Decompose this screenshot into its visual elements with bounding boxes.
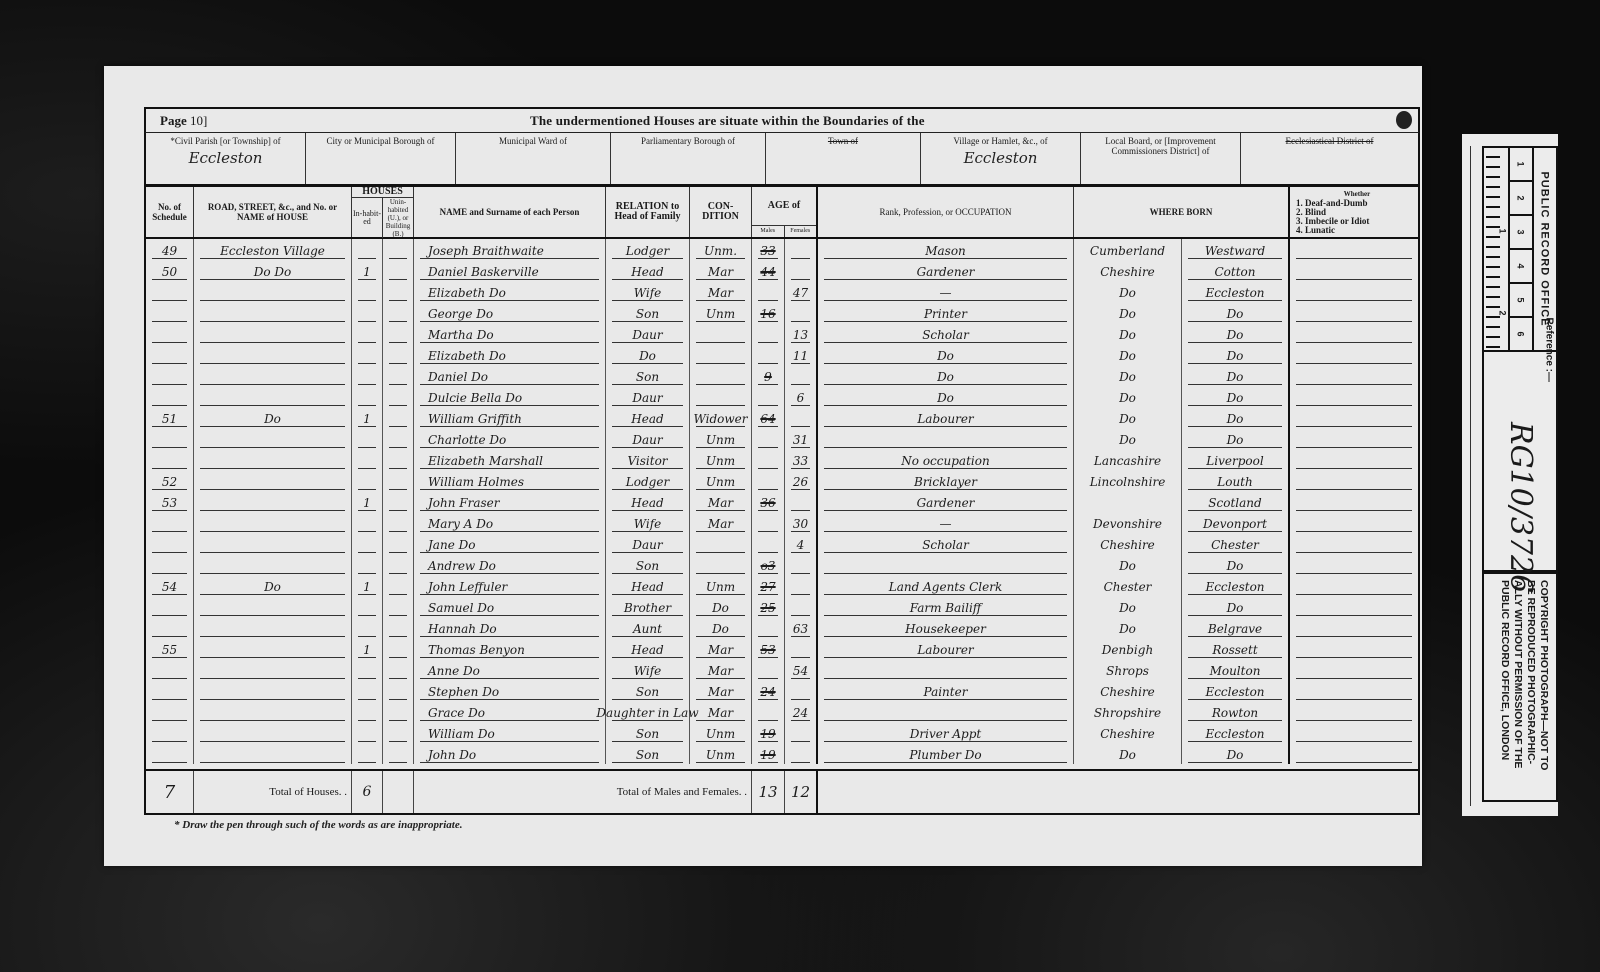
table-row: Daniel DoSon9DoDoDo [146,365,1418,386]
relation-cell: Daur [606,323,690,344]
name-text: John Fraser [428,496,500,510]
road-cell [194,596,352,617]
totals-row: 7 Total of Houses. . 6 Total of Males an… [144,769,1420,815]
male-age-cell: 53 [752,638,785,659]
occupation-cell: Housekeeper [818,617,1074,638]
born-place-cell: Chester [1182,533,1290,554]
boundary-local-board: Local Board, or [Improvement Commissione… [1081,133,1241,184]
female-age-cell: 63 [785,617,818,638]
born-place-cell: Do [1182,365,1290,386]
born-place-text: Eccleston [1205,286,1264,300]
road-cell [194,743,352,764]
schedule-cell [146,365,194,386]
inhabited-cell [352,680,383,701]
road-cell [194,428,352,449]
condition-text: Unm [706,475,735,489]
born-place-text: Rossett [1212,643,1257,657]
male-age-text: 64 [760,412,775,426]
male-age-cell [752,512,785,533]
inhabited-cell [352,554,383,575]
born-county-cell: Do [1074,365,1182,386]
infirmity-cell [1290,428,1418,449]
male-age-cell: 27 [752,575,785,596]
table-row: 531John FraserHeadMar36GardenerScotland [146,491,1418,512]
condition-cell: Unm [690,302,752,323]
table-row: Dulcie Bella DoDaur6DoDoDo [146,386,1418,407]
schedule-cell: 55 [146,638,194,659]
born-place-text: Westward [1205,244,1265,258]
infirmity-cell [1290,386,1418,407]
born-place-text: Do [1227,601,1244,615]
occupation-cell: Plumber Do [818,743,1074,764]
born-place-cell: Do [1182,554,1290,575]
name-cell: Elizabeth Do [414,344,606,365]
total-persons-label-cell: Total of Males and Females. . [414,771,752,813]
male-age-text: 44 [760,265,775,279]
female-age-cell [785,239,818,260]
infirmity-cell [1290,617,1418,638]
inhabited-cell [352,743,383,764]
header-uninhabited: Unin-habited (U.), or Building (B.) [383,198,413,238]
road-cell [194,470,352,491]
occupation-text: Do [937,349,954,363]
name-cell: Elizabeth Do [414,281,606,302]
born-county-cell: Do [1074,596,1182,617]
relation-cell: Brother [606,596,690,617]
female-age-text: 63 [793,622,808,636]
boundary-village: Village or Hamlet, &c., of Eccleston [921,133,1081,184]
born-place-cell: Eccleston [1182,722,1290,743]
relation-cell: Daur [606,533,690,554]
condition-cell: Unm [690,743,752,764]
relation-cell: Son [606,722,690,743]
infirmity-cell [1290,596,1418,617]
strip-edge-line [1470,146,1471,806]
schedule-cell [146,386,194,407]
born-county-text: Do [1119,349,1136,363]
occupation-text: Land Agents Clerk [889,580,1002,594]
header-condition-label: CON-DITION [690,202,751,222]
uninhabited-cell [383,575,414,596]
male-age-cell [752,617,785,638]
relation-text: Visitor [627,454,667,468]
born-place-text: Belgrave [1208,622,1262,636]
male-age-text: 16 [760,307,775,321]
born-county-cell: Cumberland [1074,239,1182,260]
name-cell: Joseph Braithwaite [414,239,606,260]
condition-text: Unm [706,454,735,468]
female-age-cell: 31 [785,428,818,449]
name-text: Hannah Do [428,622,497,636]
table-row: William DoSonUnm19Driver ApptCheshireEcc… [146,722,1418,743]
ruler-box: 5 [1510,284,1532,318]
boundaries-row: *Civil Parish [or Township] of Eccleston… [144,133,1420,187]
relation-cell: Wife [606,659,690,680]
relation-text: Head [631,643,663,657]
born-place-text: Eccleston [1205,685,1264,699]
table-row: Hannah DoAuntDo63HousekeeperDoBelgrave [146,617,1418,638]
relation-text: Daur [632,328,662,342]
male-age-cell [752,659,785,680]
relation-text: Son [636,559,659,573]
copyright-line: COPYRIGHT PHOTOGRAPH—NOT TO [1537,580,1550,770]
born-place-text: Moulton [1210,664,1261,678]
inhabited-cell [352,617,383,638]
female-age-cell [785,743,818,764]
schedule-cell [146,512,194,533]
relation-text: Son [636,727,659,741]
table-row: Andrew DoSono3DoDo [146,554,1418,575]
inhabited-cell [352,365,383,386]
name-text: John Leffuler [428,580,507,594]
female-age-cell [785,365,818,386]
relation-cell: Head [606,260,690,281]
table-row: 50Do Do1Daniel BaskervilleHeadMar44Garde… [146,260,1418,281]
occupation-text: Plumber Do [909,748,981,762]
boundary-label: Parliamentary Borough of [611,136,765,146]
relation-text: Head [631,412,663,426]
infirmity-cell [1290,491,1418,512]
name-text: Jane Do [428,538,475,552]
condition-cell [690,323,752,344]
uninhabited-cell [383,554,414,575]
inhabited-cell: 1 [352,260,383,281]
born-county-text: Do [1119,622,1136,636]
inhabited-cell [352,386,383,407]
column-headers: No. of Schedule ROAD, STREET, &c., and N… [144,187,1420,239]
schedule-cell [146,302,194,323]
male-age-cell [752,386,785,407]
male-age-cell [752,470,785,491]
table-row: John DoSonUnm19Plumber DoDoDo [146,743,1418,764]
inhabited-cell [352,302,383,323]
born-county-text: Devonshire [1093,517,1162,531]
name-cell: Daniel Baskerville [414,260,606,281]
total-males: 13 [752,771,785,813]
male-age-cell: 19 [752,722,785,743]
female-age-cell [785,491,818,512]
relation-text: Daur [632,391,662,405]
born-county-cell: Do [1074,302,1182,323]
schedule-cell: 53 [146,491,194,512]
road-cell [194,638,352,659]
occupation-text: Bricklayer [914,475,977,489]
header-relation: RELATION to Head of Family [606,187,690,237]
name-text: John Do [428,748,476,762]
uninhabited-cell [383,722,414,743]
relation-cell: Son [606,680,690,701]
name-cell: William Do [414,722,606,743]
inhabited-cell [352,449,383,470]
name-cell: Anne Do [414,659,606,680]
relation-text: Son [636,685,659,699]
condition-cell [690,386,752,407]
uninhabited-cell [383,701,414,722]
uninhabited-cell [383,491,414,512]
relation-text: Wife [634,286,662,300]
relation-text: Brother [624,601,671,615]
inhabited-cell [352,512,383,533]
female-age-cell: 11 [785,344,818,365]
condition-text: Mar [708,706,733,720]
ruler-box-label: 1 [1516,161,1526,166]
occupation-text: Mason [925,244,966,258]
male-age-text: o3 [761,559,776,573]
born-county-cell: Do [1074,281,1182,302]
uninhabited-cell [383,617,414,638]
name-text: Martha Do [428,328,494,342]
schedule-text: 53 [162,496,177,510]
born-county-text: Denbigh [1102,643,1153,657]
schedule-cell [146,344,194,365]
boundary-parliamentary-borough: Parliamentary Borough of [611,133,766,184]
ruler-box-label: 3 [1516,229,1526,234]
born-county-text: Lancashire [1094,454,1161,468]
male-age-cell: 24 [752,680,785,701]
female-age-cell [785,554,818,575]
table-row: Elizabeth DoWifeMar47—DoEccleston [146,281,1418,302]
table-row: George DoSonUnm16PrinterDoDo [146,302,1418,323]
name-text: William Griffith [428,412,522,426]
uninhabited-cell [383,386,414,407]
total-females-value: 12 [791,783,810,801]
inhabited-cell [352,239,383,260]
female-age-text: 13 [793,328,808,342]
born-county-cell: Shropshire [1074,701,1182,722]
born-place-text: Devonport [1203,517,1267,531]
schedule-text: 51 [162,412,177,426]
born-county-text: Do [1119,328,1136,342]
born-place-cell: Eccleston [1182,680,1290,701]
road-cell [194,323,352,344]
uninhabited-cell [383,659,414,680]
uninhabited-cell [383,239,414,260]
header-condition: CON-DITION [690,187,752,237]
total-schedules: 7 [146,771,194,813]
inhabited-cell [352,281,383,302]
ruler-box: 1 [1510,148,1532,182]
born-place-cell: Louth [1182,470,1290,491]
relation-text: Head [631,265,663,279]
occupation-cell: Mason [818,239,1074,260]
infirmity-cell [1290,575,1418,596]
born-county-cell: Do [1074,344,1182,365]
condition-text: Mar [708,643,733,657]
road-cell [194,554,352,575]
schedule-cell: 54 [146,575,194,596]
relation-text: Son [636,370,659,384]
reference-label: Reference :— [1543,318,1554,382]
schedule-cell [146,554,194,575]
relation-cell: Son [606,302,690,323]
name-text: Elizabeth Do [428,349,506,363]
schedule-cell [146,680,194,701]
infirmity-cell [1290,407,1418,428]
infirmity-cell [1290,260,1418,281]
total-schedules-value: 7 [164,782,175,803]
ruler-inch-2: 2 [1498,310,1508,315]
inhabited-text: 1 [363,412,371,426]
male-age-text: 9 [764,370,772,384]
female-age-cell [785,638,818,659]
condition-cell: Unm [690,449,752,470]
relation-cell: Head [606,491,690,512]
condition-text: Mar [708,685,733,699]
table-row: 54Do1John LeffulerHeadUnm27Land Agents C… [146,575,1418,596]
occupation-text: Do [937,370,954,384]
uninhabited-cell [383,323,414,344]
condition-cell: Mar [690,638,752,659]
condition-text: Mar [708,664,733,678]
occupation-cell: Printer [818,302,1074,323]
ruler-ticks: 1 2 [1484,148,1510,350]
census-form: Page 10] The undermentioned Houses are s… [144,107,1420,827]
infirmity-4: 4. Lunatic [1296,226,1335,235]
male-age-text: 19 [760,727,775,741]
ruler-boxes: 1 2 3 4 5 6 [1510,148,1534,350]
road-text: Do [264,580,281,594]
uninhabited-cell [383,428,414,449]
male-age-cell [752,428,785,449]
occupation-text: — [940,286,952,300]
uninhabited-cell [383,743,414,764]
boundary-label: *Civil Parish [or Township] of [146,136,305,146]
inhabited-cell [352,596,383,617]
born-county-text: Shrops [1106,664,1149,678]
infirmity-cell [1290,701,1418,722]
schedule-cell: 52 [146,470,194,491]
condition-cell: Unm [690,575,752,596]
schedule-cell [146,323,194,344]
born-place-text: Do [1227,748,1244,762]
uninhabited-cell [383,449,414,470]
female-age-cell: 13 [785,323,818,344]
male-age-text: 25 [760,601,775,615]
inhabited-cell: 1 [352,638,383,659]
male-age-cell [752,449,785,470]
name-cell: John Do [414,743,606,764]
inhabited-cell [352,428,383,449]
name-text: Charlotte Do [428,433,506,447]
male-age-cell: o3 [752,554,785,575]
road-cell [194,344,352,365]
born-county-text: Cheshire [1100,727,1155,741]
name-cell: Dulcie Bella Do [414,386,606,407]
header-age-label: AGE of [768,187,801,225]
table-row: 551Thomas BenyonHeadMar53LabourerDenbigh… [146,638,1418,659]
born-place-cell: Do [1182,596,1290,617]
schedule-cell [146,722,194,743]
female-age-text: 6 [797,391,805,405]
infirmity-cell [1290,638,1418,659]
occupation-cell: — [818,512,1074,533]
header-houses: HOUSES In-habit-ed Unin-habited (U.), or… [352,187,414,237]
header-where-born-label: WHERE BORN [1150,207,1213,217]
female-age-cell [785,407,818,428]
ruler-box: 4 [1510,250,1532,284]
boundary-value: Eccleston [921,153,1080,163]
name-text: Elizabeth Marshall [428,454,543,468]
infirmity-cell [1290,722,1418,743]
condition-text: Mar [708,496,733,510]
name-text: George Do [428,307,493,321]
occupation-cell: Bricklayer [818,470,1074,491]
name-text: Dulcie Bella Do [428,391,522,405]
schedule-text: 52 [162,475,177,489]
road-text: Eccleston Village [220,244,325,258]
header-schedule-label: No. of Schedule [146,202,193,222]
condition-cell: Widower [690,407,752,428]
male-age-cell: 64 [752,407,785,428]
infirmity-cell [1290,533,1418,554]
female-age-text: 24 [793,706,808,720]
road-cell [194,449,352,470]
infirmity-cell [1290,302,1418,323]
female-age-text: 47 [793,286,808,300]
relation-text: Lodger [626,475,669,489]
header-schedule: No. of Schedule [146,187,194,237]
relation-text: Lodger [626,244,669,258]
copyright-line: PUBLIC RECORD OFFICE, LONDON [1498,580,1511,770]
born-place-text: Do [1227,370,1244,384]
name-cell: Charlotte Do [414,428,606,449]
uninhabited-cell [383,680,414,701]
condition-text: Mar [708,517,733,531]
road-cell [194,386,352,407]
relation-text: Daur [632,538,662,552]
occupation-text: Housekeeper [905,622,986,636]
road-cell [194,491,352,512]
name-cell: John Fraser [414,491,606,512]
relation-text: Head [631,580,663,594]
born-county-text: Do [1119,286,1136,300]
name-text: Samuel Do [428,601,494,615]
occupation-cell: Painter [818,680,1074,701]
born-county-text: Cheshire [1100,538,1155,552]
schedule-cell [146,596,194,617]
road-text: Do Do [254,265,292,279]
uninhabited-cell [383,470,414,491]
condition-text: Unm [706,433,735,447]
copyright-line: ALLY WITHOUT PERMISSION OF THE [1511,580,1524,770]
relation-cell: Head [606,638,690,659]
female-age-text: 54 [793,664,808,678]
name-text: Daniel Baskerville [428,265,539,279]
header-females: Females [785,226,817,237]
condition-text: Unm [706,748,735,762]
page-word: Page [160,113,187,128]
name-text: William Holmes [428,475,524,489]
born-county-text: Lincolnshire [1090,475,1166,489]
table-row: Stephen DoSonMar24PainterCheshireEcclest… [146,680,1418,701]
male-age-text: 53 [760,643,775,657]
born-place-text: Do [1227,412,1244,426]
inhabited-cell [352,722,383,743]
occupation-text: Labourer [917,412,973,426]
condition-cell [690,533,752,554]
infirmity-cell [1290,659,1418,680]
born-county-cell: Do [1074,743,1182,764]
boundary-municipal-ward: Municipal Ward of [456,133,611,184]
boundary-municipal-borough: City or Municipal Borough of [306,133,456,184]
page-label: Page 10] [160,113,530,129]
table-row: Samuel DoBrotherDo25Farm BailiffDoDo [146,596,1418,617]
total-blank [818,771,1418,813]
inhabited-cell [352,470,383,491]
male-age-cell: 36 [752,491,785,512]
born-county-text: Do [1119,370,1136,384]
female-age-cell [785,260,818,281]
